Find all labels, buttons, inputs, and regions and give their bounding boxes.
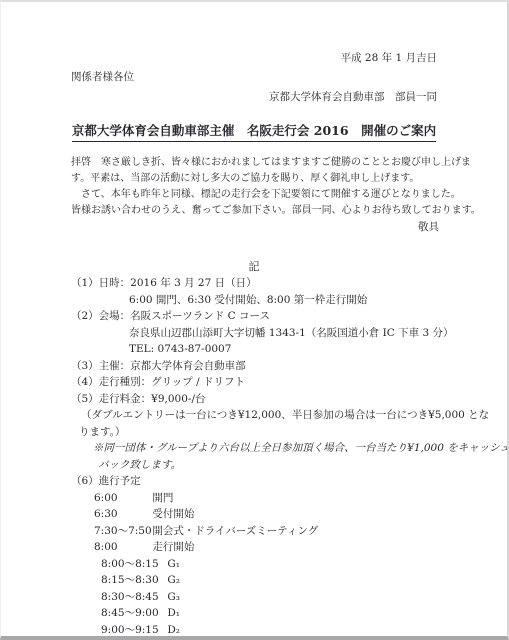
item-fee-cashback-1: ※同一団体・グループより六台以上全日参加頂く場合、一台当たり¥1,000 をキャ… bbox=[93, 440, 507, 457]
greeting-line-1: 拝啓 寒さ厳しき折、皆々様におかれましてはますますご健勝のこととお慶び申し上げま bbox=[71, 155, 447, 171]
item-fee: （5）走行料金：¥9,000-/台 bbox=[71, 391, 507, 408]
record-mark: 記 bbox=[1, 258, 507, 275]
slot-label: G₂ bbox=[167, 574, 180, 586]
item-datetime: （1）日時：2016 年 3 月 27 日（日） bbox=[71, 275, 507, 292]
slot-time: 8:00～8:15 bbox=[101, 556, 164, 573]
schedule-time: 6:00 bbox=[94, 490, 149, 507]
schedule-row-drivers-meeting: 7:30～7:50 開会式・ドライバーズミーティング bbox=[94, 523, 507, 540]
slot-time: 8:45～9:00 bbox=[101, 605, 164, 622]
slot-time: 9:00～9:15 bbox=[101, 622, 164, 639]
item-fee-note-1: （ダブルエントリーは一台につき¥12,000、半日参加の場合は一台につき¥5,0… bbox=[81, 407, 507, 424]
greeting-paragraph: 拝啓 寒さ厳しき折、皆々様におかれましてはますますご健勝のこととお慶び申し上げま… bbox=[71, 155, 447, 219]
document-date: 平成 28 年 1 月吉日 bbox=[1, 52, 507, 65]
schedule-label: 開会式・ドライバーズミーティング bbox=[152, 525, 318, 537]
item-organizer: （3）主催：京都大学体育会自動車部 bbox=[71, 358, 507, 375]
slot-row-g3: 8:30～8:45 G₃ bbox=[101, 589, 507, 606]
slot-label: G₁ bbox=[167, 558, 180, 570]
schedule-row-reception: 6:30 受付開始 bbox=[94, 506, 507, 523]
greeting-line-4: 皆様お誘い合わせのうえ、奮ってご参加下さい。部員一同、心よりお待ち致しております… bbox=[71, 203, 447, 219]
greeting-line-3: さて、本年も昨年と同様、標記の走行会を下記要領にて開催する運びとなりました。 bbox=[71, 187, 447, 203]
recipient-line: 関係者様各位 bbox=[1, 71, 507, 84]
slot-label: D₂ bbox=[167, 624, 180, 636]
schedule-time: 6:30 bbox=[94, 506, 149, 523]
slot-label: D₁ bbox=[167, 607, 180, 619]
item-venue: （2）会場：名阪スポーツランド C コース bbox=[71, 308, 507, 325]
item-run-type: （4）走行種別：グリップ / ドリフト bbox=[71, 374, 507, 391]
details-list: （1）日時：2016 年 3 月 27 日（日） 6:00 開門、6:30 受付… bbox=[71, 275, 507, 638]
slot-row-g1: 8:00～8:15 G₁ bbox=[101, 556, 507, 573]
item-schedule-heading: （6）進行予定 bbox=[71, 473, 507, 490]
slot-row-d1: 8:45～9:00 D₁ bbox=[101, 605, 507, 622]
title-row: 京都大学体育会自動車部主催 名阪走行会 2016 開催のご案内 bbox=[1, 120, 507, 142]
schedule-time: 7:30～7:50 bbox=[94, 523, 149, 540]
item-fee-note-2: ります。） bbox=[79, 424, 507, 441]
document-page: 平成 28 年 1 月吉日 関係者様各位 京都大学体育会自動車部 部員一同 京都… bbox=[0, 0, 509, 640]
document-title: 京都大学体育会自動車部主催 名阪走行会 2016 開催のご案内 bbox=[72, 121, 436, 142]
item-venue-tel: TEL: 0743-87-0007 bbox=[129, 341, 507, 358]
sender-line: 京都大学体育会自動車部 部員一同 bbox=[1, 91, 507, 104]
slot-label: G₃ bbox=[167, 591, 180, 603]
slot-time: 8:15～8:30 bbox=[101, 572, 164, 589]
item-fee-cashback-2: バック致します。 bbox=[98, 457, 507, 474]
schedule-row-run-start: 8:00 走行開始 bbox=[94, 539, 507, 556]
schedule-label: 走行開始 bbox=[152, 541, 194, 553]
item-venue-address: 奈良県山辺郡山添町大字切幡 1343-1（名阪国道小倉 IC 下車 3 分） bbox=[129, 325, 507, 342]
slot-row-g2: 8:15～8:30 G₂ bbox=[101, 572, 507, 589]
closing-word: 敬具 bbox=[1, 219, 507, 235]
schedule-label: 開門 bbox=[152, 492, 173, 504]
slot-time: 8:30～8:45 bbox=[101, 589, 164, 606]
schedule-time: 8:00 bbox=[94, 539, 149, 556]
item-datetime-detail: 6:00 開門、6:30 受付開始、8:00 第一枠走行開始 bbox=[129, 292, 507, 309]
slot-row-d2: 9:00～9:15 D₂ bbox=[101, 622, 507, 639]
schedule-row-gate-open: 6:00 開門 bbox=[94, 490, 507, 507]
schedule-label: 受付開始 bbox=[152, 508, 194, 520]
greeting-line-2: す。平素は、当部の活動に対し多大のご協力を賜り、厚く御礼申し上げます。 bbox=[71, 171, 447, 187]
